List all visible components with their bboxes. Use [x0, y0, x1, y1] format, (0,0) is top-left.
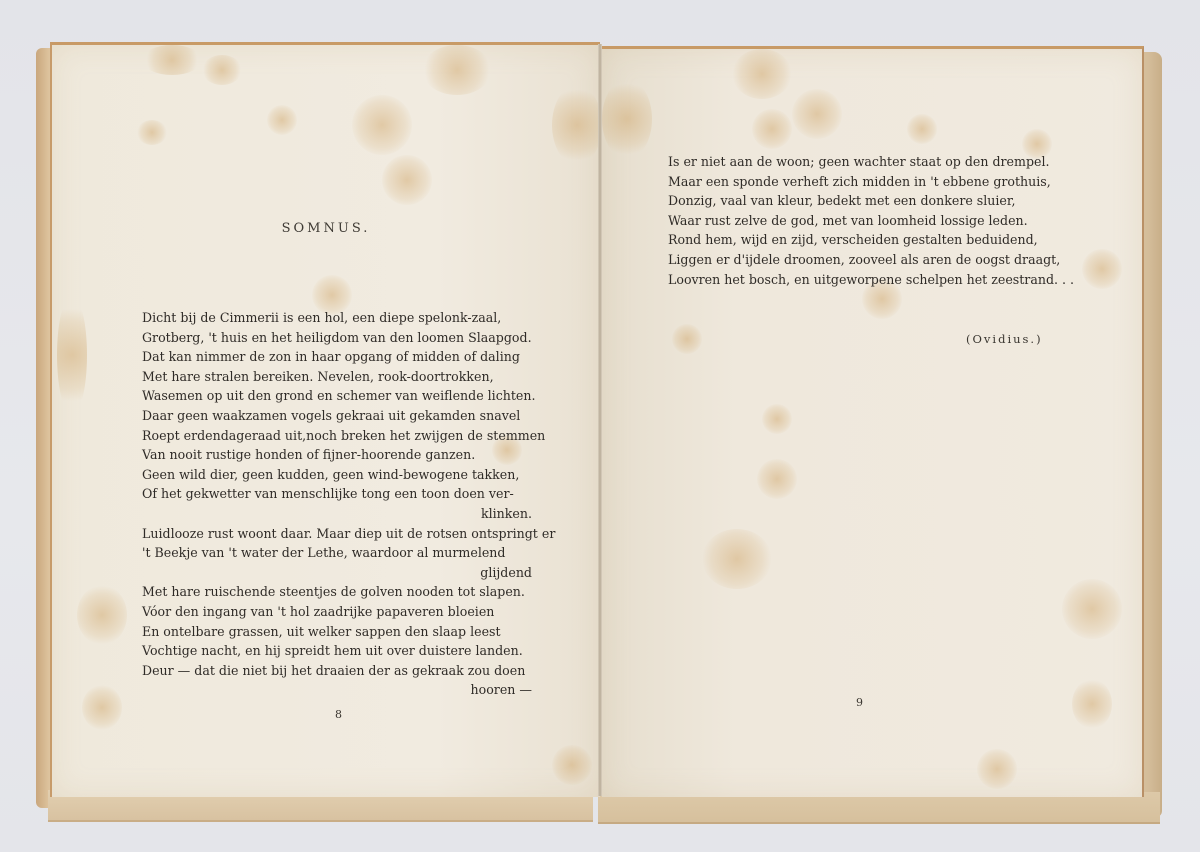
poem-line-continuation: hooren —	[142, 680, 532, 700]
poem-line: Loovren het bosch, en uitgeworpene schel…	[668, 270, 1058, 290]
poem-title: SOMNUS.	[52, 221, 600, 236]
poem-line: Liggen er d'ijdele droomen, zooveel als …	[668, 250, 1058, 270]
poem-line: Roept erdendageraad uit,noch breken het …	[142, 426, 532, 446]
poem-line: En ontelbare grassen, uit welker sappen …	[142, 622, 532, 642]
open-book: SOMNUS. Dicht bij de Cimmerii is een hol…	[0, 0, 1200, 852]
poem-line: Van nooit rustige honden of fijner-hoore…	[142, 445, 532, 465]
poem-line: Donzig, vaal van kleur, bedekt met een d…	[668, 191, 1058, 211]
poem-line: 't Beekje van 't water der Lethe, waardo…	[142, 543, 532, 563]
poem-line: Met hare stralen bereiken. Nevelen, rook…	[142, 367, 532, 387]
poem-line: Daar geen waakzamen vogels gekraai uit g…	[142, 406, 532, 426]
page-number-left: 8	[335, 708, 342, 721]
poem-line-continuation: klinken.	[142, 504, 532, 524]
poem-line: Of het gekwetter van menschlijke tong ee…	[142, 484, 532, 504]
poem-line: Met hare ruischende steentjes de golven …	[142, 582, 532, 602]
poem-line: Dicht bij de Cimmerii is een hol, een di…	[142, 308, 532, 328]
poem-line: Luidlooze rust woont daar. Maar diep uit…	[142, 524, 532, 544]
poem-line-continuation: glijdend	[142, 563, 532, 583]
poem-line: Vochtige nacht, en hij spreidt hem uit o…	[142, 641, 532, 661]
poem-attribution: (Ovidius.)	[966, 332, 1043, 346]
right-page: Is er niet aan de woon; geen wachter sta…	[602, 46, 1144, 797]
poem-line: Is er niet aan de woon; geen wachter sta…	[668, 152, 1058, 172]
page-number-right: 9	[856, 696, 863, 709]
poem-line: Wasemen op uit den grond en schemer van …	[142, 386, 532, 406]
poem-text-right: Is er niet aan de woon; geen wachter sta…	[668, 152, 1058, 289]
poem-line: Maar een sponde verheft zich midden in '…	[668, 172, 1058, 192]
poem-line: Geen wild dier, geen kudden, geen wind-b…	[142, 465, 532, 485]
poem-line: Dat kan nimmer de zon in haar opgang of …	[142, 347, 532, 367]
poem-line: Grotberg, 't huis en het heiligdom van d…	[142, 328, 532, 348]
poem-line: Rond hem, wijd en zijd, verscheiden gest…	[668, 230, 1058, 250]
poem-text-left: Dicht bij de Cimmerii is een hol, een di…	[142, 308, 532, 700]
poem-line: Waar rust zelve de god, met van loomheid…	[668, 211, 1058, 231]
left-page: SOMNUS. Dicht bij de Cimmerii is een hol…	[50, 42, 600, 797]
poem-line: Deur — dat die niet bij het draaien der …	[142, 661, 532, 681]
poem-line: Vóor den ingang van 't hol zaadrijke pap…	[142, 602, 532, 622]
